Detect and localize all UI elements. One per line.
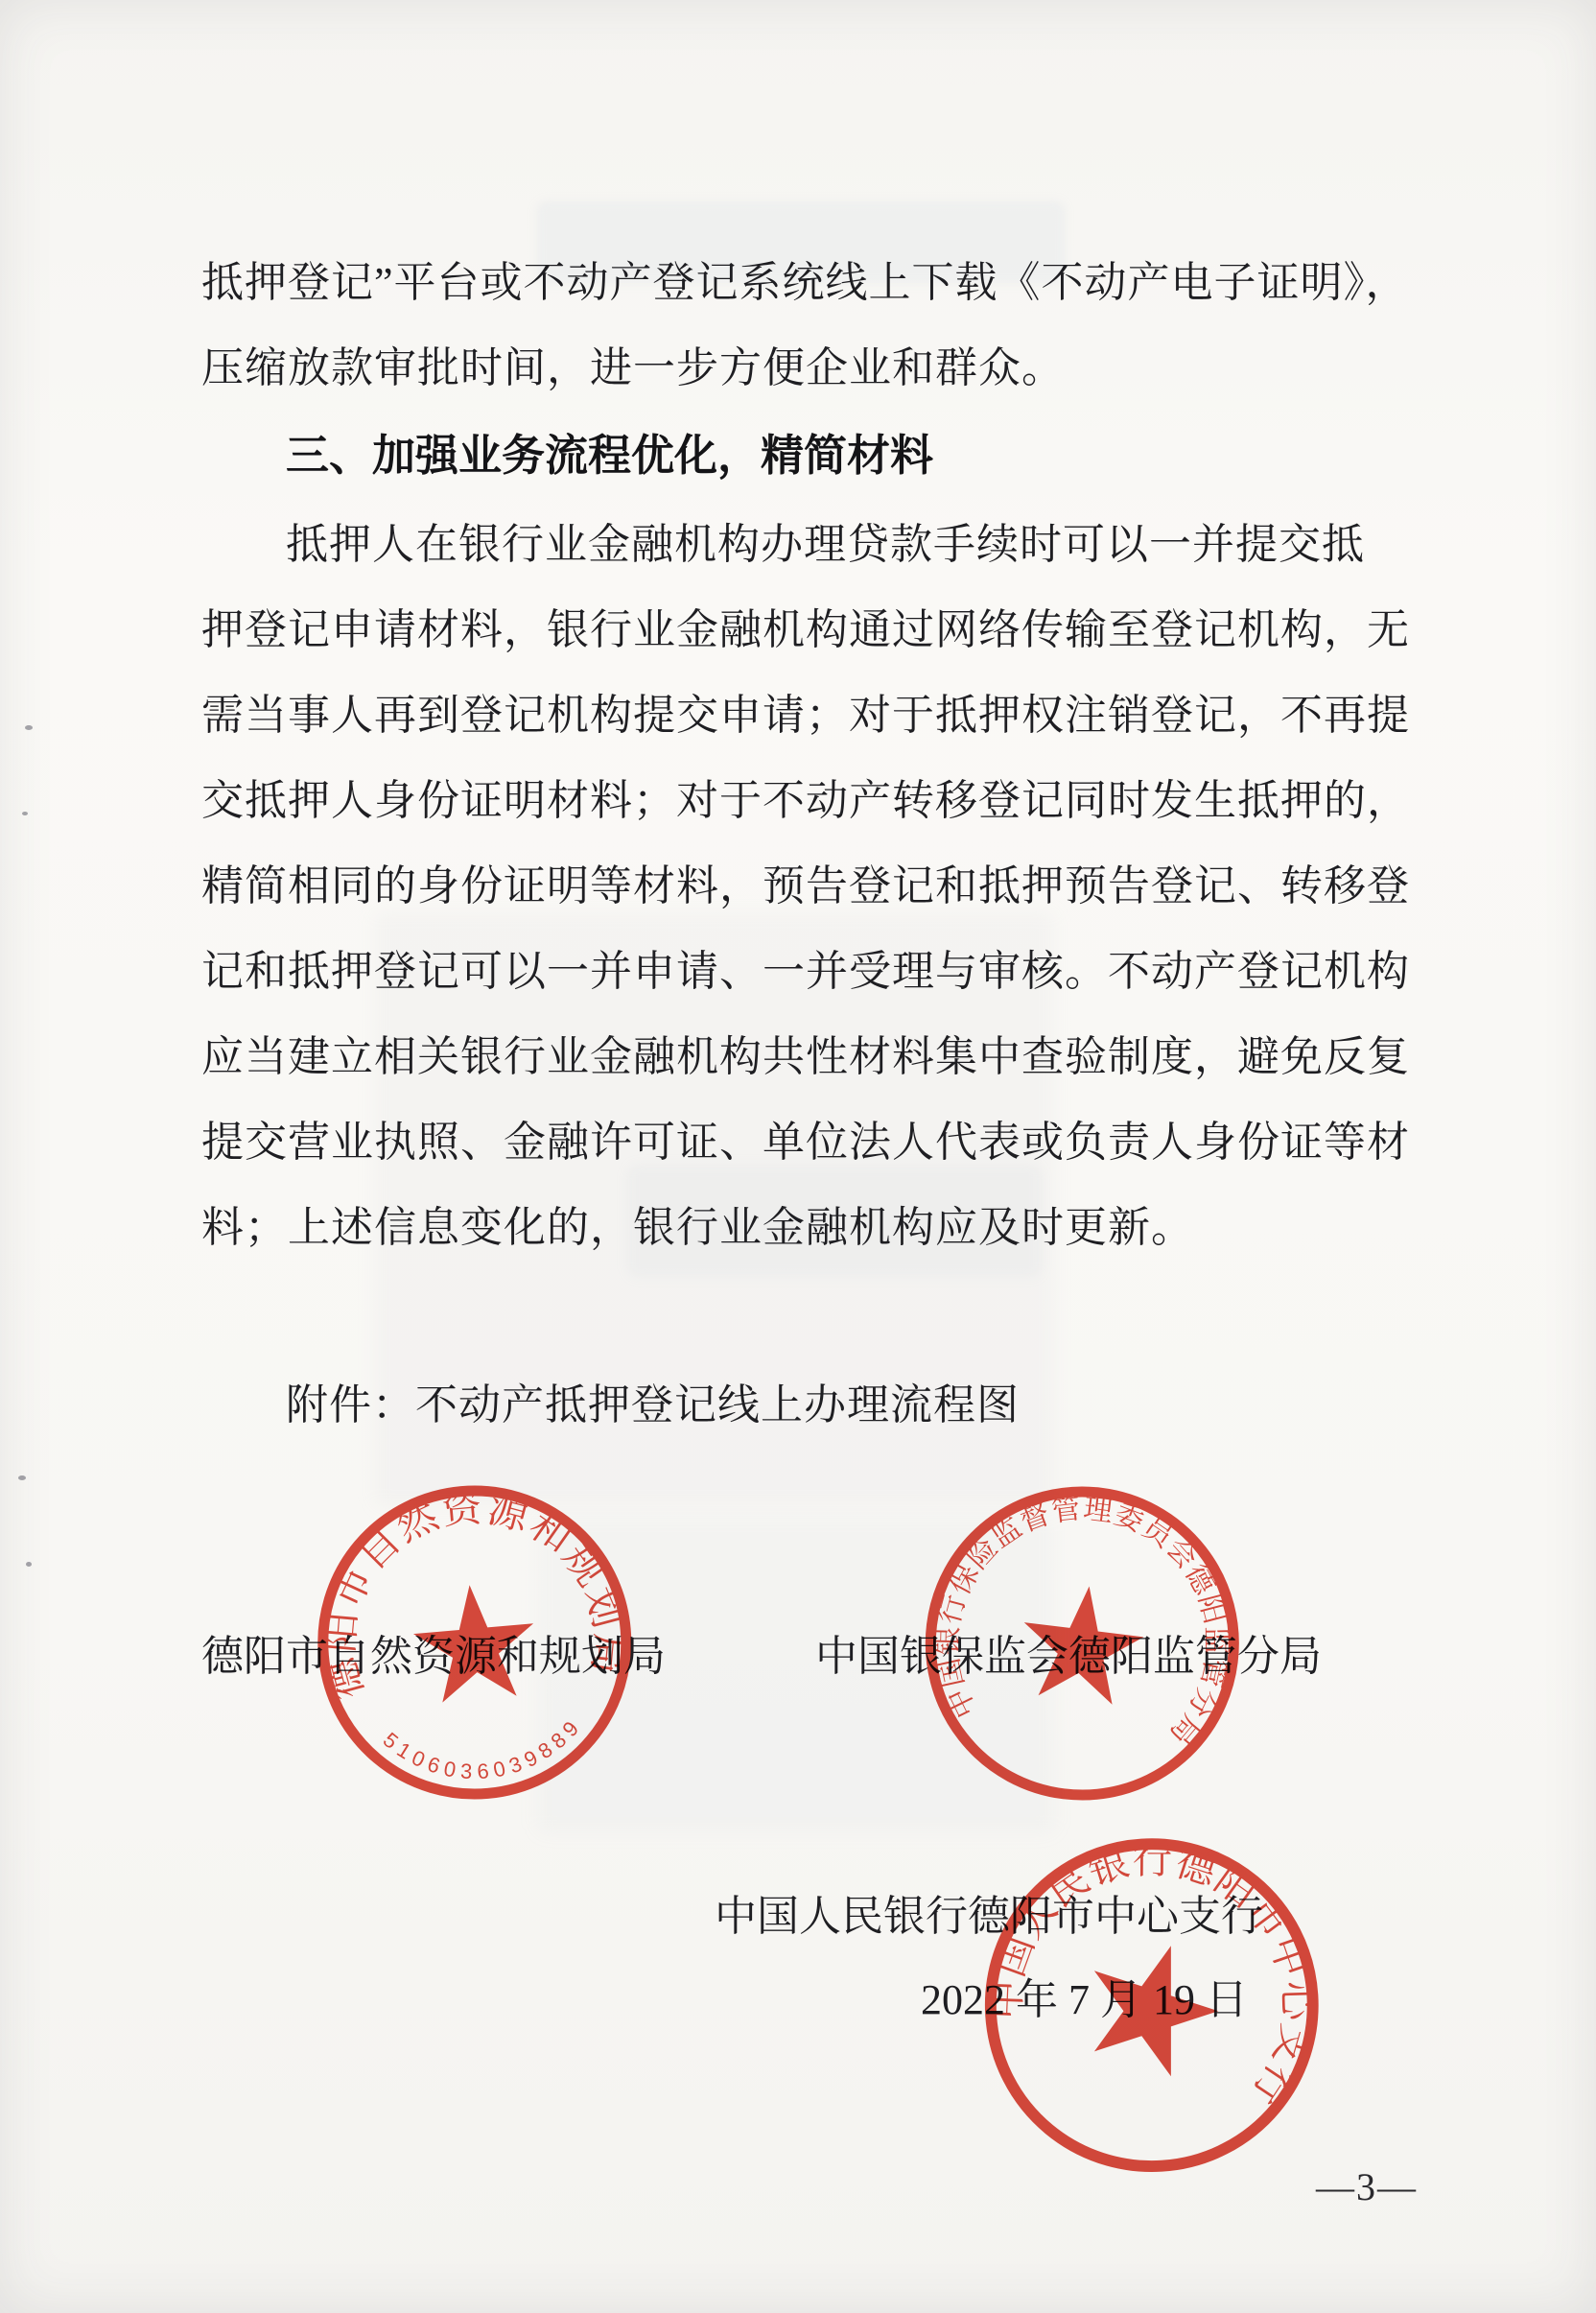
body-text-line: 押登记申请材料，银行业金融机构通过网络传输至登记机构，无 <box>201 587 1406 673</box>
seal-star-icon <box>1016 1579 1149 1708</box>
seal-graphic: 中国银行保险监督管理委员会德阳监管分局 <box>890 1451 1275 1835</box>
paragraph-continuation: 抵押登记”平台或不动产登记系统线上下载《不动产电子证明》， 压缩放款审批时间，进… <box>201 240 1406 411</box>
seal-graphic: 德阳市自然资源和规划局 5106036039889 <box>288 1455 662 1829</box>
scan-speck <box>25 725 33 730</box>
seal-star-icon <box>410 1580 540 1705</box>
body-text-line: 抵押登记”平台或不动产登记系统线上下载《不动产电子证明》， <box>201 240 1406 325</box>
official-seal-cbirc: 中国银行保险监督管理委员会德阳监管分局 <box>889 1451 1275 1840</box>
page-number: —3— <box>1316 2164 1418 2209</box>
body-text-line: 压缩放款审批时间，进一步方便企业和群众。 <box>201 325 1406 411</box>
body-text-line: 料；上述信息变化的，银行业金融机构应及时更新。 <box>201 1185 1406 1270</box>
attachment-note: 附件：不动产抵押登记线上办理流程图 <box>286 1362 1020 1448</box>
paragraph-main: 抵押人在银行业金融机构办理贷款手续时可以一并提交抵 押登记申请材料，银行业金融机… <box>201 502 1406 1270</box>
seal-star-icon <box>1070 1925 1232 2084</box>
scan-speck <box>18 1475 26 1480</box>
scan-speck <box>26 1562 32 1567</box>
official-seal-natural-resources: 德阳市自然资源和规划局 5106036039889 <box>288 1455 662 1834</box>
scan-speck <box>22 812 28 815</box>
body-text-line: 应当建立相关银行业金融机构共性材料集中查验制度，避免反复 <box>201 1014 1406 1099</box>
body-text-line: 记和抵押登记可以一并申请、一并受理与审核。不动产登记机构 <box>201 929 1406 1014</box>
body-text-line: 交抵押人身份证明材料；对于不动产转移登记同时发生抵押的， <box>201 758 1406 843</box>
section-heading: 三、加强业务流程优化，精简材料 <box>286 413 933 498</box>
scanned-document-page: 抵押登记”平台或不动产登记系统线上下载《不动产电子证明》， 压缩放款审批时间，进… <box>0 0 1596 2313</box>
body-text-line: 抵押人在银行业金融机构办理贷款手续时可以一并提交抵 <box>201 502 1406 587</box>
body-text-line: 精简相同的身份证明等材料，预告登记和抵押预告登记、转移登 <box>201 843 1406 929</box>
body-text-line: 提交营业执照、金融许可证、单位法人代表或负责人身份证等材 <box>201 1099 1406 1185</box>
body-text-line: 需当事人再到登记机构提交申请；对于抵押权注销登记，不再提 <box>201 673 1406 758</box>
